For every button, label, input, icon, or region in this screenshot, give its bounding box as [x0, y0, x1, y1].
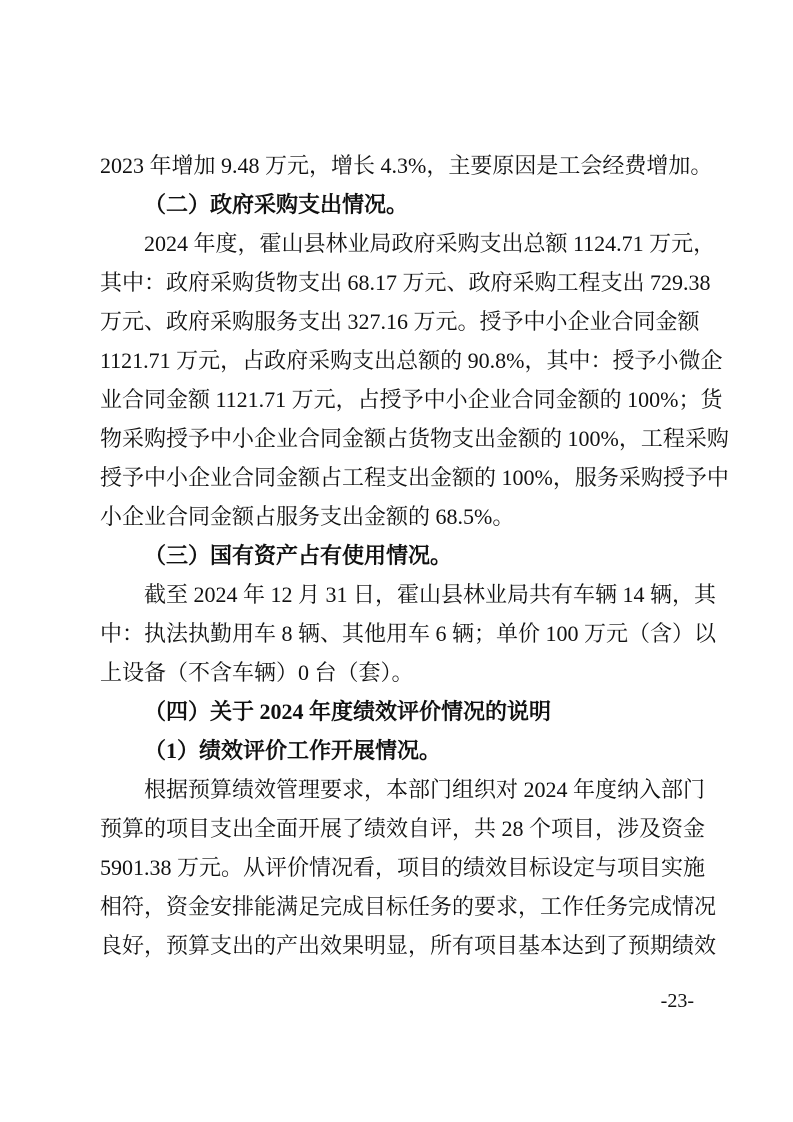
subsection-heading-evaluation-work: （1）绩效评价工作开展情况。: [100, 731, 694, 770]
paragraph-line-vehicles-detail: 中：执法执勤用车 8 辆、其他用车 6 辆；单价 100 万元（含）以: [100, 614, 694, 653]
section-heading-performance-evaluation: （四）关于 2024 年度绩效评价情况的说明: [100, 692, 694, 731]
paragraph-line-service-share: 小企业合同金额占服务支出金额的 68.5%。: [100, 497, 694, 536]
paragraph-line-evaluation-funding: 相符，资金安排能满足完成目标任务的要求，工作任务完成情况: [100, 887, 694, 926]
paragraph-line-union-fee: 2023 年增加 9.48 万元，增长 4.3%，主要原因是工会经费增加。: [100, 146, 694, 185]
paragraph-line-sme-contract-share: 1121.71 万元，占政府采购支出总额的 90.8%，其中：授予小微企: [100, 341, 694, 380]
paragraph-line-vehicles-total: 截至 2024 年 12 月 31 日，霍山县林业局共有车辆 14 辆，其: [100, 575, 694, 614]
paragraph-line-procurement-total: 2024 年度，霍山县林业局政府采购支出总额 1124.71 万元，: [100, 224, 694, 263]
paragraph-line-procurement-services: 万元、政府采购服务支出 327.16 万元。授予中小企业合同金额: [100, 302, 694, 341]
page-number: -23-: [100, 988, 694, 1014]
paragraph-line-engineering-share: 授予中小企业合同金额占工程支出金额的 100%，服务采购授予中: [100, 458, 694, 497]
paragraph-line-equipment: 上设备（不含车辆）0 台（套）。: [100, 653, 694, 692]
paragraph-line-evaluation-intro: 根据预算绩效管理要求，本部门组织对 2024 年度纳入部门: [100, 770, 694, 809]
page-content: 2023 年增加 9.48 万元，增长 4.3%，主要原因是工会经费增加。 （二…: [100, 146, 694, 965]
paragraph-line-evaluation-amount: 5901.38 万元。从评价情况看，项目的绩效目标设定与项目实施: [100, 848, 694, 887]
paragraph-line-procurement-goods: 其中：政府采购货物支出 68.17 万元、政府采购工程支出 729.38: [100, 263, 694, 302]
paragraph-line-evaluation-projects: 预算的项目支出全面开展了绩效自评，共 28 个项目，涉及资金: [100, 809, 694, 848]
document-page: 2023 年增加 9.48 万元，增长 4.3%，主要原因是工会经费增加。 （二…: [0, 0, 793, 1122]
section-heading-state-assets: （三）国有资产占有使用情况。: [100, 536, 694, 575]
paragraph-line-evaluation-results: 良好，预算支出的产出效果明显，所有项目基本达到了预期绩效: [100, 926, 694, 965]
section-heading-gov-procurement: （二）政府采购支出情况。: [100, 185, 694, 224]
paragraph-line-small-micro-share: 业合同金额 1121.71 万元，占授予中小企业合同金额的 100%；货: [100, 380, 694, 419]
paragraph-line-goods-share: 物采购授予中小企业合同金额占货物支出金额的 100%，工程采购: [100, 419, 694, 458]
